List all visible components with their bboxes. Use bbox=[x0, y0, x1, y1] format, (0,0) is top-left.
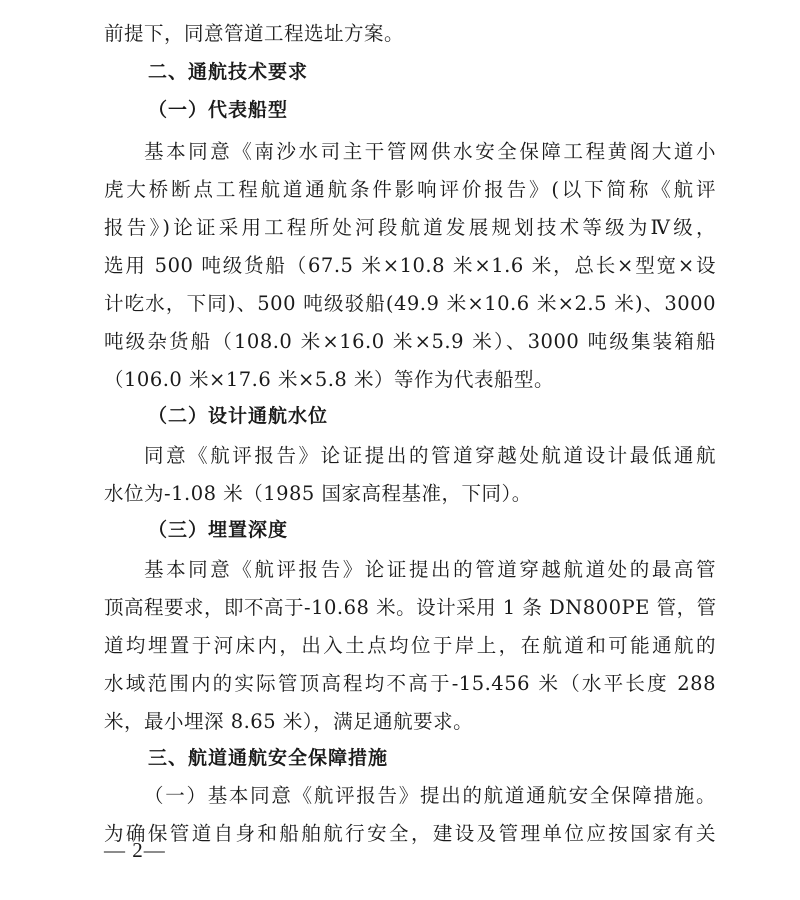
body-line: 基本同意《南沙水司主干管网供水安全保障工程黄阁大道小 bbox=[104, 132, 716, 172]
body-line: 虎大桥断点工程航道通航条件影响评价报告》(以下简称《航评 bbox=[104, 170, 716, 210]
body-line: 选用 500 吨级货船（67.5 米×10.8 米×1.6 米，总长×型宽×设 bbox=[104, 246, 716, 286]
body-line-continuation: 前提下，同意管道工程选址方案。 bbox=[104, 14, 716, 54]
body-line: 吨级杂货船（108.0 米×16.0 米×5.9 米）、3000 吨级集装箱船 bbox=[104, 322, 716, 362]
section-heading-navigation-requirements: 二、通航技术要求 bbox=[104, 52, 760, 92]
body-line: 米，最小埋深 8.65 米），满足通航要求。 bbox=[104, 702, 716, 742]
body-line: 报告》)论证采用工程所处河段航道发展规划技术等级为Ⅳ级， bbox=[104, 208, 716, 248]
body-line: 同意《航评报告》论证提出的管道穿越处航道设计最低通航 bbox=[104, 436, 716, 476]
body-line: （一）基本同意《航评报告》提出的航道通航安全保障措施。 bbox=[104, 776, 716, 816]
body-line: 水域范围内的实际管顶高程均不高于-15.456 米（水平长度 288 bbox=[104, 664, 716, 704]
body-line: 为确保管道自身和船舶航行安全，建设及管理单位应按国家有关 bbox=[104, 814, 716, 854]
subsection-heading-burial-depth: （三）埋置深度 bbox=[104, 510, 760, 550]
page-number: — 2— bbox=[104, 838, 166, 863]
subsection-heading-design-water-level: （二）设计通航水位 bbox=[104, 396, 760, 436]
body-line: （106.0 米×17.6 米×5.8 米）等作为代表船型。 bbox=[104, 360, 716, 400]
section-heading-safety-measures: 三、航道通航安全保障措施 bbox=[104, 738, 760, 778]
subsection-heading-representative-ships: （一）代表船型 bbox=[104, 90, 760, 130]
body-line: 顶高程要求，即不高于-10.68 米。设计采用 1 条 DN800PE 管，管 bbox=[104, 588, 716, 628]
body-line: 道均埋置于河床内，出入土点均位于岸上，在航道和可能通航的 bbox=[104, 626, 716, 666]
body-line: 基本同意《航评报告》论证提出的管道穿越航道处的最高管 bbox=[104, 550, 716, 590]
body-line: 水位为-1.08 米（1985 国家高程基准，下同）。 bbox=[104, 474, 716, 514]
body-line: 计吃水，下同)、500 吨级驳船(49.9 米×10.6 米×2.5 米)、30… bbox=[104, 284, 716, 324]
